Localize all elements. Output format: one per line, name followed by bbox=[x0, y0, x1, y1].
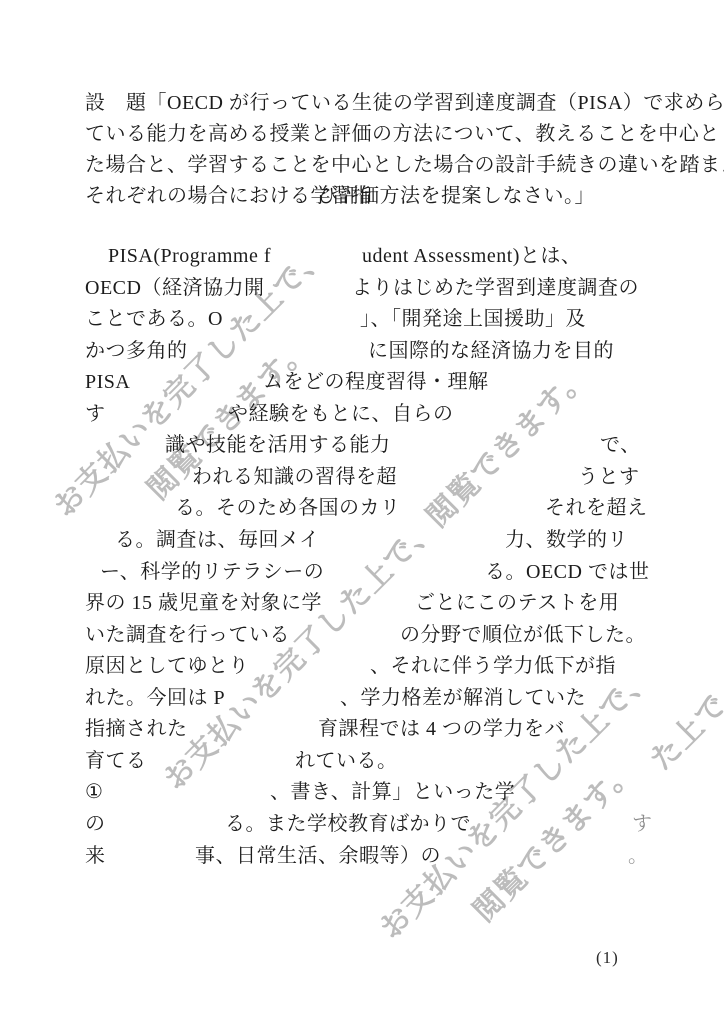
document-text-segment: の分野で順位が低下した。 bbox=[400, 622, 646, 648]
document-text-segment: た場合と、学習することを中心とした場合の設計手続きの違いを踏まえ、 bbox=[85, 152, 724, 178]
document-text-segment: 、それに伴う学力低下が指 bbox=[370, 653, 616, 679]
document-text-segment: ー、科学的リテラシーの bbox=[100, 559, 324, 585]
document-text-segment: る。OECD では世 bbox=[485, 559, 649, 585]
document-text-segment: れている。 bbox=[295, 748, 398, 774]
document-text-segment: ことである。O bbox=[85, 306, 223, 332]
document-text-segment: 育てる bbox=[85, 748, 147, 774]
document-text-segment: いた調査を行っている bbox=[85, 622, 290, 648]
document-text-segment: す bbox=[85, 401, 106, 427]
document-text-segment: よりはじめた学習到達度調査の bbox=[352, 275, 639, 301]
document-text-segment: 識や技能を活用する能力 bbox=[165, 432, 391, 458]
document-text-segment: び評価方法を提案しなさい。」 bbox=[318, 183, 595, 209]
document-text-segment: PISA bbox=[85, 369, 130, 395]
document-text-segment: 原因としてゆとり bbox=[85, 653, 249, 679]
document-page: お支払いを完了した上で、閲覧できます。お支払いを完了した上で、閲覧できます。お支… bbox=[0, 0, 724, 1024]
document-text-segment: の bbox=[85, 811, 106, 837]
document-text-segment: それを超え bbox=[545, 495, 648, 521]
document-text-segment: に国際的な経済協力を目的 bbox=[368, 338, 614, 364]
document-text-segment: ている能力を高める授業と評価の方法について、教えることを中心とし bbox=[85, 121, 724, 147]
document-text-segment: 事、日常生活、余暇等）の bbox=[195, 843, 441, 869]
document-text-segment: udent Assessment)とは、 bbox=[362, 243, 581, 269]
document-text-segment: ごとにこのテストを用 bbox=[415, 590, 619, 616]
document-text-segment: 育課程では 4 つの学力をバ bbox=[318, 716, 565, 742]
document-text-segment: 。 bbox=[628, 843, 649, 869]
document-text-segment: る。調査は、毎回メイ bbox=[115, 527, 320, 553]
document-text-segment: で、 bbox=[600, 432, 641, 458]
document-text-segment: 、学力格差が解消していた bbox=[340, 685, 586, 711]
document-text-segment: す bbox=[632, 811, 653, 837]
document-text-segment: 力、数学的リ bbox=[505, 527, 628, 553]
document-text-segment: ムをどの程度習得・理解 bbox=[263, 369, 489, 395]
document-text-segment: れた。今回は P bbox=[85, 685, 225, 711]
document-text-segment: や経験をもとに、自らの bbox=[228, 401, 454, 427]
document-text-segment: われる知識の習得を超 bbox=[192, 464, 397, 490]
document-text-segment: OECD（経済協力開 bbox=[85, 275, 264, 301]
document-text-segment: 指摘された bbox=[85, 716, 188, 742]
document-text-segment: 来 bbox=[85, 843, 106, 869]
document-text-segment: かつ多角的 bbox=[85, 338, 188, 364]
document-text-segment: うとす bbox=[578, 464, 640, 490]
document-text-segment: 、書き、計算」といった学 bbox=[270, 779, 515, 805]
document-text-segment: 設 題「OECD が行っている生徒の学習到達度調査（PISA）で求められ bbox=[85, 90, 724, 116]
document-text-segment: 界の 15 歳児童を対象に学 bbox=[85, 590, 322, 616]
document-text-segment: ① bbox=[85, 779, 103, 805]
document-text-segment: PISA(Programme f bbox=[108, 243, 271, 269]
document-text: 設 題「OECD が行っている生徒の学習到達度調査（PISA）で求められている能… bbox=[0, 0, 724, 1024]
document-text-segment: る。また学校教育ばかりで bbox=[225, 811, 471, 837]
document-text-segment: る。そのため各国のカリ bbox=[175, 495, 401, 521]
document-text-segment: 」、「開発途上国援助」及 bbox=[360, 306, 586, 332]
